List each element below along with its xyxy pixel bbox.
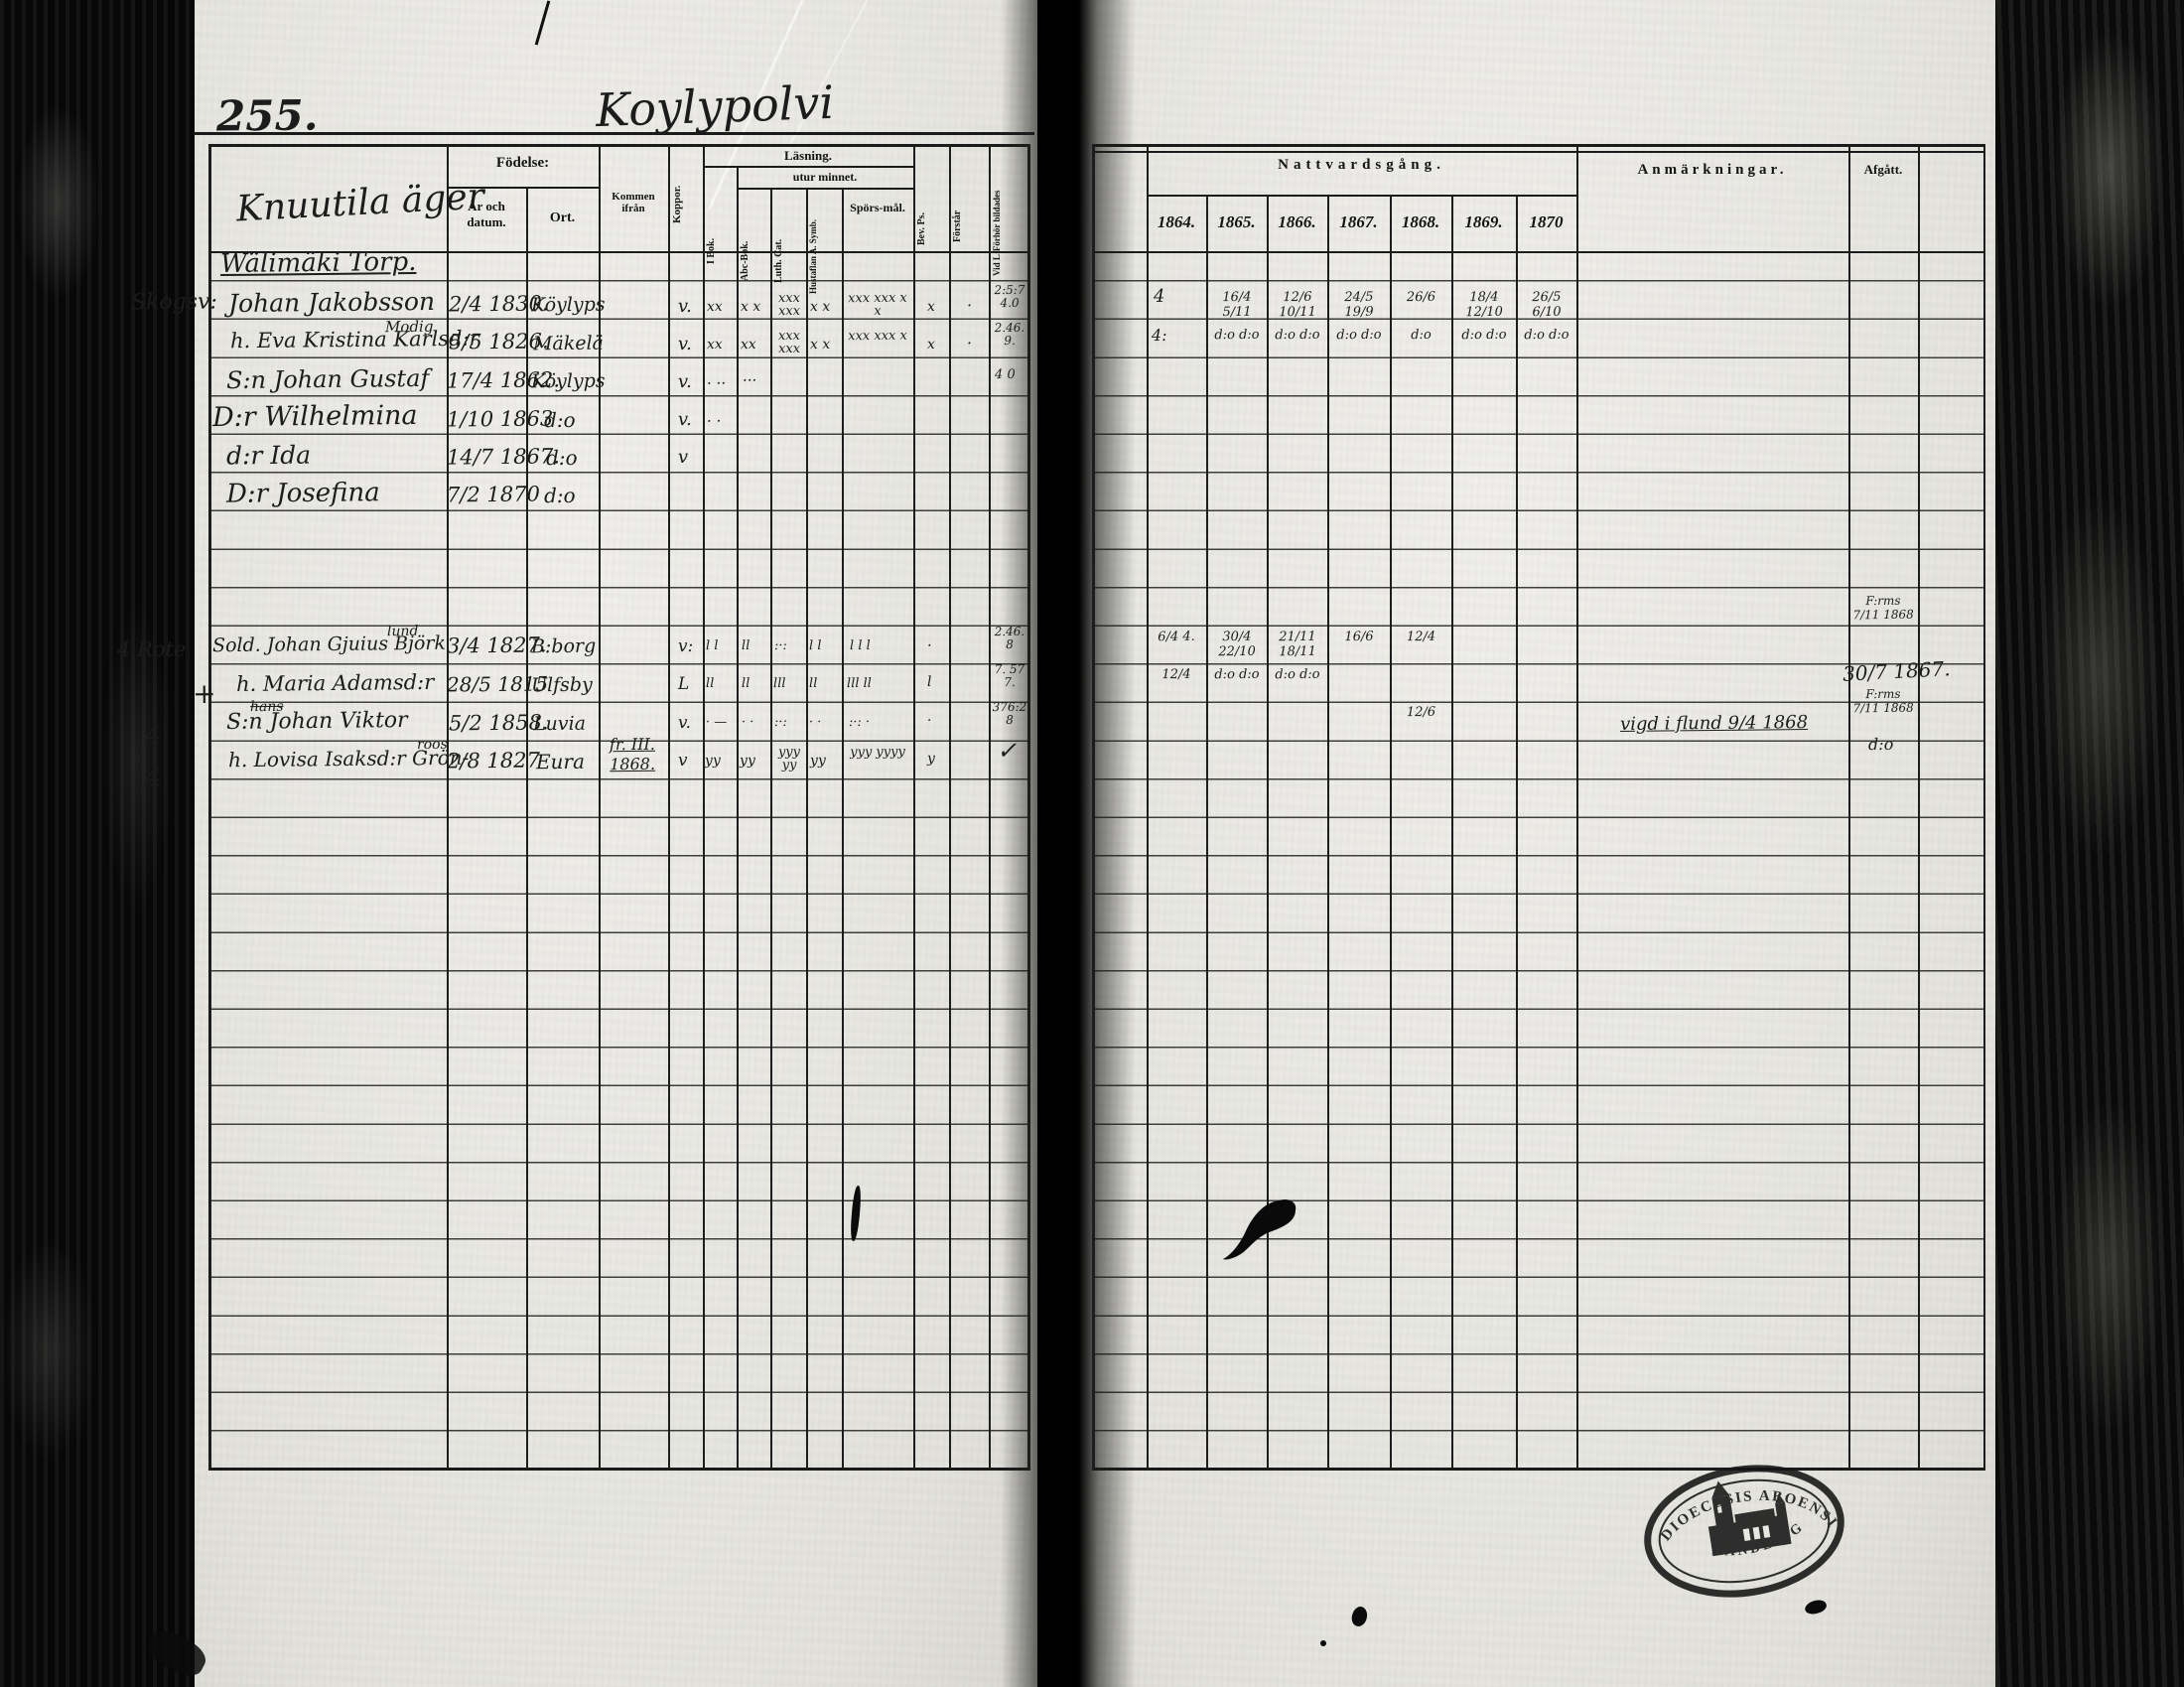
record-name: D:r Wilhelmina — [212, 400, 418, 433]
record-ort: Köylyps — [531, 370, 606, 393]
ink-blot — [1209, 1180, 1308, 1269]
record-marks: x x — [741, 299, 760, 315]
record-marks: :·: — [774, 715, 787, 730]
communion-entry: 30/4 22/10 — [1208, 630, 1266, 660]
record-name: S:n Johan Gustaf — [226, 364, 430, 394]
record-koppor: v — [678, 751, 688, 771]
record-name: Johan Jakobsson — [228, 287, 435, 318]
record-koppor: v: — [678, 636, 694, 656]
record-marks: :·: — [774, 638, 787, 653]
communion-entry: 12/4 — [1149, 667, 1204, 683]
communion-entry: 4 — [1154, 286, 1165, 307]
communion-entry: 26/6 — [1392, 290, 1450, 306]
record-marks: lll ll — [847, 676, 872, 691]
afgatt-header: Afgått. — [1848, 162, 1918, 178]
record-marks: l — [927, 674, 932, 690]
record-marks: · · — [707, 412, 722, 430]
record-ort: d:o — [544, 408, 576, 432]
year-1864: 1864. — [1147, 212, 1206, 232]
record-marks: xxx xxx x — [845, 330, 910, 344]
record-marks: yy — [740, 753, 755, 769]
record-forhor: 2:5:7 4.0 — [991, 284, 1028, 310]
communion-entry: d:o d:o — [1518, 328, 1575, 344]
record-marks: · — [967, 296, 972, 315]
margin-note: Skogsv: — [131, 290, 217, 316]
page-number: 255. — [216, 90, 319, 140]
record-marks: · — [927, 636, 932, 654]
year-1867: 1867. — [1327, 212, 1390, 232]
communion-entry: 12/4 — [1392, 630, 1450, 645]
margin-note: 4 — [145, 721, 162, 751]
record-marks: · · — [742, 715, 754, 730]
record-koppor: v. — [678, 296, 692, 317]
scanned-church-record-page: { "page": { "number": "255.", "title": "… — [0, 0, 2184, 1687]
communion-entry: 12/6 10/11 — [1269, 290, 1326, 321]
communion-entry: d:o d:o — [1453, 328, 1515, 344]
record-marks: y — [927, 751, 935, 767]
i-bok-header: I Bok. — [706, 192, 734, 311]
communion-entry: 6/4 4. — [1149, 630, 1204, 645]
record-kommen: fr. III. 1868. — [602, 735, 663, 775]
record-born: 2/8 1827 — [447, 749, 540, 773]
forstar-header: Förstår — [952, 167, 986, 286]
record-ort: d:o — [546, 446, 578, 470]
record-ort: d:o — [544, 484, 576, 507]
page-title: Koylypolvi — [595, 75, 835, 137]
communion-entry: 26/5 6/10 — [1518, 290, 1575, 321]
record-ort: Eura — [536, 750, 585, 774]
record-marks: x — [927, 299, 935, 315]
record-afgatt: d:o — [1868, 735, 1893, 754]
record-marks: :·: · — [849, 715, 870, 730]
record-marks: yyy yyyy — [845, 746, 910, 760]
record-marks: · ·· — [707, 374, 726, 392]
record-koppor: v. — [678, 371, 692, 392]
kommen-ifran-header: Kommen ifrån — [601, 191, 666, 214]
record-name: h. Eva Kristina Karlsd:r — [230, 327, 479, 353]
record-name: h. Lovisa Isaksd:r Grön- — [228, 746, 470, 773]
record-marks: xxx xxx x x — [845, 292, 910, 319]
record-forhor: 376:2 8 — [991, 701, 1028, 727]
communion-entry: 4: — [1152, 326, 1167, 345]
record-forhor: 2.46. 8 — [991, 626, 1028, 651]
utur-minnet-underline — [737, 188, 913, 190]
record-koppor: v. — [678, 713, 691, 733]
record-koppor: v — [678, 447, 688, 468]
ink-speck — [1320, 1640, 1326, 1646]
year-1869: 1869. — [1451, 212, 1516, 232]
record-marks: xx — [707, 299, 723, 315]
record-name: h. Maria Adamsd:r — [236, 670, 434, 696]
communion-entry: 18/4 12/10 — [1453, 290, 1515, 321]
lasning-underline — [703, 166, 913, 168]
record-forhor: 7. 57 7. — [991, 663, 1028, 689]
communion-entry: 12/6 — [1392, 705, 1450, 721]
record-marks: l l — [809, 638, 822, 653]
record-born: 1/10 1863 — [447, 406, 554, 431]
ar-och-datum-header: År och datum. — [449, 199, 524, 230]
record-marks: xxx xxx — [772, 330, 806, 355]
communion-entry: 24/5 19/9 — [1329, 290, 1389, 321]
nattvardsgang-underline — [1147, 195, 1576, 197]
record-born: 14/7 1867. — [447, 444, 560, 469]
record-marks: l l — [706, 638, 719, 653]
film-edge-right — [1995, 0, 2184, 1687]
record-ort: Mäkelä — [533, 333, 604, 355]
record-koppor: L — [678, 674, 690, 694]
communion-entry: d:o d:o — [1269, 667, 1326, 683]
year-1870: 1870 — [1516, 212, 1576, 232]
left-table-top-border — [208, 144, 1029, 147]
record-forhor: 2.46. 9. — [991, 322, 1028, 348]
record-ort: Köylyps — [531, 294, 606, 317]
year-1868: 1868. — [1390, 212, 1451, 232]
record-marks: x x — [810, 337, 830, 352]
communion-entry: d:o d:o — [1329, 328, 1389, 344]
record-marks: · — — [706, 715, 727, 730]
record-marks: ll — [706, 676, 714, 691]
margin-note: 4 — [145, 763, 162, 792]
record-forhor: ✓ — [997, 737, 1017, 765]
fodelse-header: Födelse: — [447, 155, 599, 172]
record-koppor: v. — [678, 409, 692, 430]
right-row-lines — [1092, 243, 1983, 1471]
communion-entry: d:o d:o — [1208, 667, 1266, 683]
record-name: S:n Johan Viktor — [226, 708, 408, 735]
record-ort: B:borg — [531, 635, 596, 658]
record-ort: Luvia — [533, 713, 586, 736]
record-marks: lll — [773, 676, 786, 691]
year-1866: 1866. — [1267, 212, 1327, 232]
record-marks: ll — [742, 676, 750, 691]
record-marks: yyy yy — [771, 746, 807, 772]
record-marks: ··· — [743, 371, 757, 389]
lasning-header: Läsning. — [703, 148, 913, 164]
record-ort: Ulfsby — [531, 674, 593, 697]
record-marks: ll — [742, 638, 750, 653]
margin-note: + — [193, 677, 216, 710]
record-marks: · — [927, 713, 932, 729]
record-marks: x — [927, 337, 935, 352]
record-name: d:r Ida — [226, 441, 311, 471]
communion-entry: d:o — [1392, 328, 1450, 344]
record-forhor: 4 0 — [995, 367, 1016, 382]
record-marks: xxx xxx — [772, 292, 806, 318]
communion-entry: 16/4 5/11 — [1208, 290, 1266, 321]
record-name: D:r Josefina — [226, 478, 380, 509]
anmarkningar-header: Anmärkningar. — [1576, 162, 1848, 179]
koppor-header: Koppor. — [671, 159, 701, 250]
record-marks: yy — [810, 753, 826, 769]
communion-entry: d:o d:o — [1269, 328, 1326, 344]
record-name: Sold. Johan Gjuius Björk — [212, 633, 446, 656]
record-marks: x x — [810, 299, 830, 315]
nattvardsgang-header: Nattvardsgång. — [1147, 157, 1576, 174]
record-anmarkning: vigd i flund 9/4 1868 — [1620, 712, 1808, 735]
record-born: 7/2 1870 — [447, 483, 540, 507]
record-marks: ll — [809, 676, 817, 691]
ort-header: Ort. — [526, 211, 599, 226]
year-1865: 1865. — [1206, 212, 1267, 232]
communion-entry: 21/11 18/11 — [1269, 630, 1326, 660]
communion-entry: d:o d:o — [1208, 328, 1266, 344]
record-name: Wälimäki Torp. — [220, 247, 417, 279]
record-afgatt: F:rms 7/11 1868 — [1850, 594, 1916, 623]
film-edge-left — [0, 0, 195, 1687]
record-afgatt: F:rms 7/11 1868 — [1850, 687, 1916, 716]
sporsmal-header: Spörs-mål. — [844, 201, 911, 215]
communion-entry: 16/6 — [1329, 630, 1389, 645]
right-table-right-border — [1983, 144, 1985, 1471]
record-marks: yy — [705, 753, 721, 769]
margin-note: 4 Rote — [117, 637, 187, 662]
record-marks: l l l — [850, 638, 871, 653]
record-marks: · · — [809, 715, 822, 730]
record-marks: xx — [707, 337, 723, 352]
record-marks: · — [967, 334, 972, 352]
bev-ps-header: Bev. Ps. — [916, 174, 947, 283]
record-marks: xx — [741, 337, 756, 352]
utur-minnet-header: utur minnet. — [737, 170, 913, 185]
record-koppor: v. — [678, 334, 692, 354]
